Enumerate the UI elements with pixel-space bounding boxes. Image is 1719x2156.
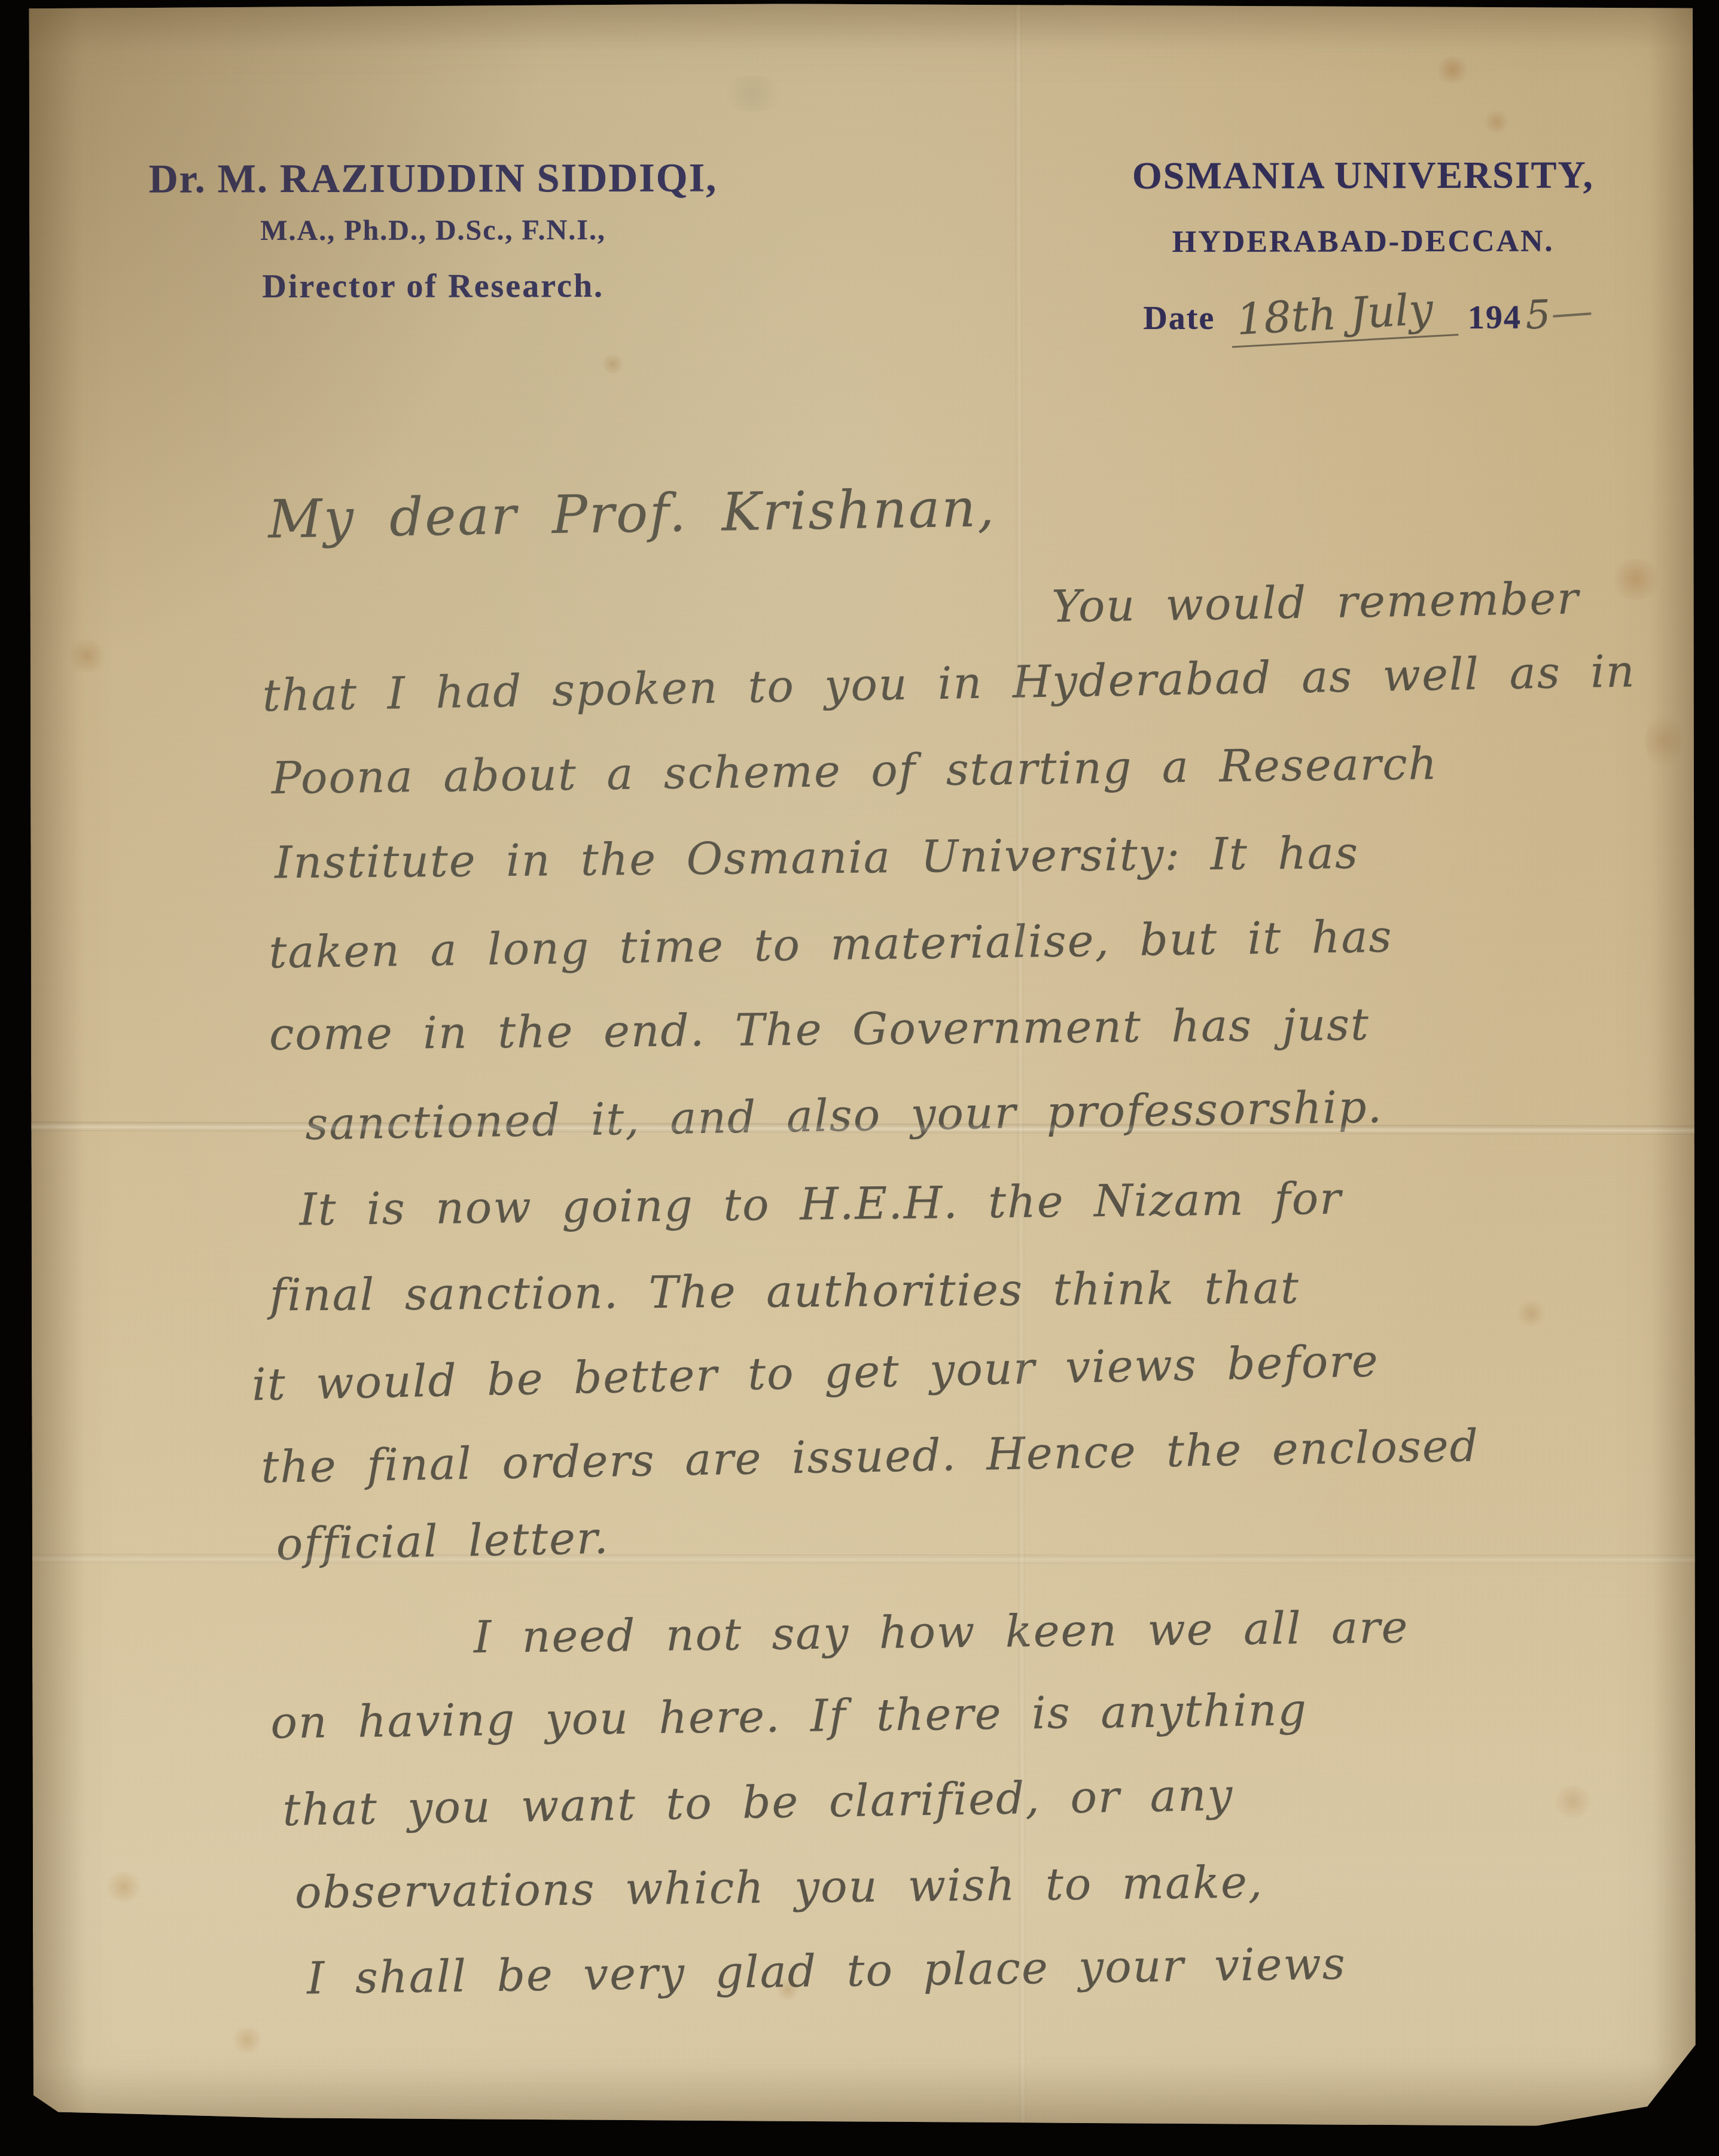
- letterhead-name: Dr. M. RAZIUDDIN SIDDIQI,: [131, 157, 735, 199]
- body-line: on having you here. If there is anything: [270, 1684, 1308, 1749]
- body-line: You would remember: [1051, 573, 1580, 632]
- stain: [601, 354, 625, 374]
- body-line: taken a long time to materialise, but it…: [269, 911, 1393, 979]
- stain: [1645, 708, 1681, 774]
- stain: [105, 1872, 143, 1903]
- year-handwritten: 5: [1525, 291, 1552, 339]
- stain: [230, 2027, 264, 2053]
- stain: [1483, 110, 1510, 134]
- body-line: It is now going to H.E.H. the Nizam for: [299, 1173, 1342, 1236]
- letterhead-right-block: OSMANIA UNIVERSITY, HYDERABAD-DECCAN.: [1064, 153, 1662, 260]
- date-label: Date: [1143, 299, 1215, 337]
- university-city: HYDERABAD-DECCAN.: [1064, 223, 1662, 260]
- stain: [717, 75, 789, 111]
- year-stroke-decoration: [1553, 313, 1591, 318]
- body-line: final sanction. The authorities think th…: [269, 1262, 1300, 1321]
- stain: [66, 640, 108, 673]
- body-line: the final orders are issued. Hence the e…: [261, 1420, 1480, 1493]
- stain: [1609, 558, 1663, 600]
- scanned-letter-page: { "colors": { "background": "#050403", "…: [0, 0, 1719, 2156]
- letterhead-left-block: Dr. M. RAZIUDDIN SIDDIQI, M.A., Ph.D., D…: [131, 157, 736, 306]
- salutation: My dear Prof. Krishnan,: [267, 477, 996, 550]
- body-line: sanctioned it, and also your professorsh…: [305, 1082, 1383, 1150]
- body-line: official letter.: [276, 1512, 609, 1570]
- letterhead-title: Director of Research.: [131, 266, 735, 306]
- body-line: observations which you wish to make,: [294, 1857, 1263, 1919]
- body-line: come in the end. The Government has just: [269, 999, 1370, 1061]
- body-line: Poona about a scheme of starting a Resea…: [272, 738, 1438, 805]
- year-printed: 194: [1468, 299, 1522, 337]
- body-line: Institute in the Osmania University: It …: [275, 827, 1359, 888]
- body-line: I shall be very glad to place your views: [307, 1938, 1347, 2005]
- body-line: it would be better to get your views bef…: [251, 1335, 1379, 1411]
- date-handwritten: 18th July: [1229, 282, 1458, 348]
- university-name: OSMANIA UNIVERSITY,: [1064, 153, 1662, 198]
- body-line: I need not say how keen we all are: [474, 1601, 1409, 1663]
- body-line: that you want to be clarified, or any: [282, 1770, 1234, 1837]
- stain: [1434, 56, 1470, 84]
- stain: [1552, 1785, 1594, 1818]
- letterhead-degrees: M.A., Ph.D., D.Sc., F.N.I.,: [131, 213, 735, 247]
- date-row: Date18th July1945: [1143, 288, 1591, 342]
- stain: [1515, 1301, 1547, 1327]
- body-line: that I had spoken to you in Hyderabad as…: [262, 645, 1636, 721]
- letter-paper: Dr. M. RAZIUDDIN SIDDIQI, M.A., Ph.D., D…: [29, 2, 1697, 2129]
